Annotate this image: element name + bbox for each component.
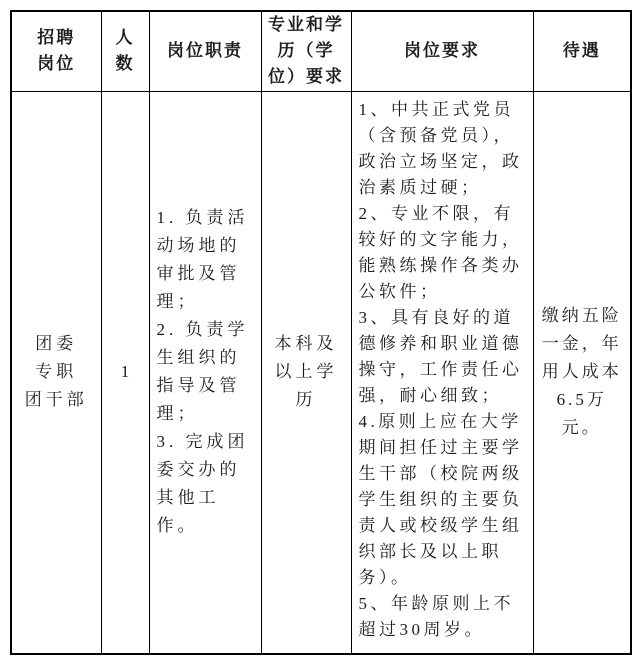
cell-position: 团委 专职 团干部 bbox=[11, 91, 101, 654]
cell-headcount: 1 bbox=[101, 91, 149, 654]
cell-duties: 1. 负责活 动场地的 审批及管 理； 2. 负责学 生组织的 指导及管 理； … bbox=[149, 91, 261, 654]
header-recruit-position: 招聘 岗位 bbox=[11, 11, 101, 91]
cell-education: 本科及 以上学 历 bbox=[261, 91, 351, 654]
header-headcount: 人 数 bbox=[101, 11, 149, 91]
document-page: 招聘 岗位 人 数 岗位职责 专业和学 历（学 位）要求 岗位要求 待遇 团委 … bbox=[0, 0, 638, 665]
recruitment-table: 招聘 岗位 人 数 岗位职责 专业和学 历（学 位）要求 岗位要求 待遇 团委 … bbox=[10, 10, 632, 655]
table-row: 团委 专职 团干部 1 1. 负责活 动场地的 审批及管 理； 2. 负责学 生… bbox=[11, 91, 631, 654]
header-treatment: 待遇 bbox=[533, 11, 631, 91]
header-education-requirement: 专业和学 历（学 位）要求 bbox=[261, 11, 351, 91]
cell-requirements: 1、中共正式党员 （含预备党员）， 政治立场坚定，政 治素质过硬； 2、专业不限… bbox=[351, 91, 533, 654]
header-position-requirements: 岗位要求 bbox=[351, 11, 533, 91]
cell-treatment: 缴纳五险 一金，年 用人成本 6.5万 元。 bbox=[533, 91, 631, 654]
table-header-row: 招聘 岗位 人 数 岗位职责 专业和学 历（学 位）要求 岗位要求 待遇 bbox=[11, 11, 631, 91]
header-duties: 岗位职责 bbox=[149, 11, 261, 91]
